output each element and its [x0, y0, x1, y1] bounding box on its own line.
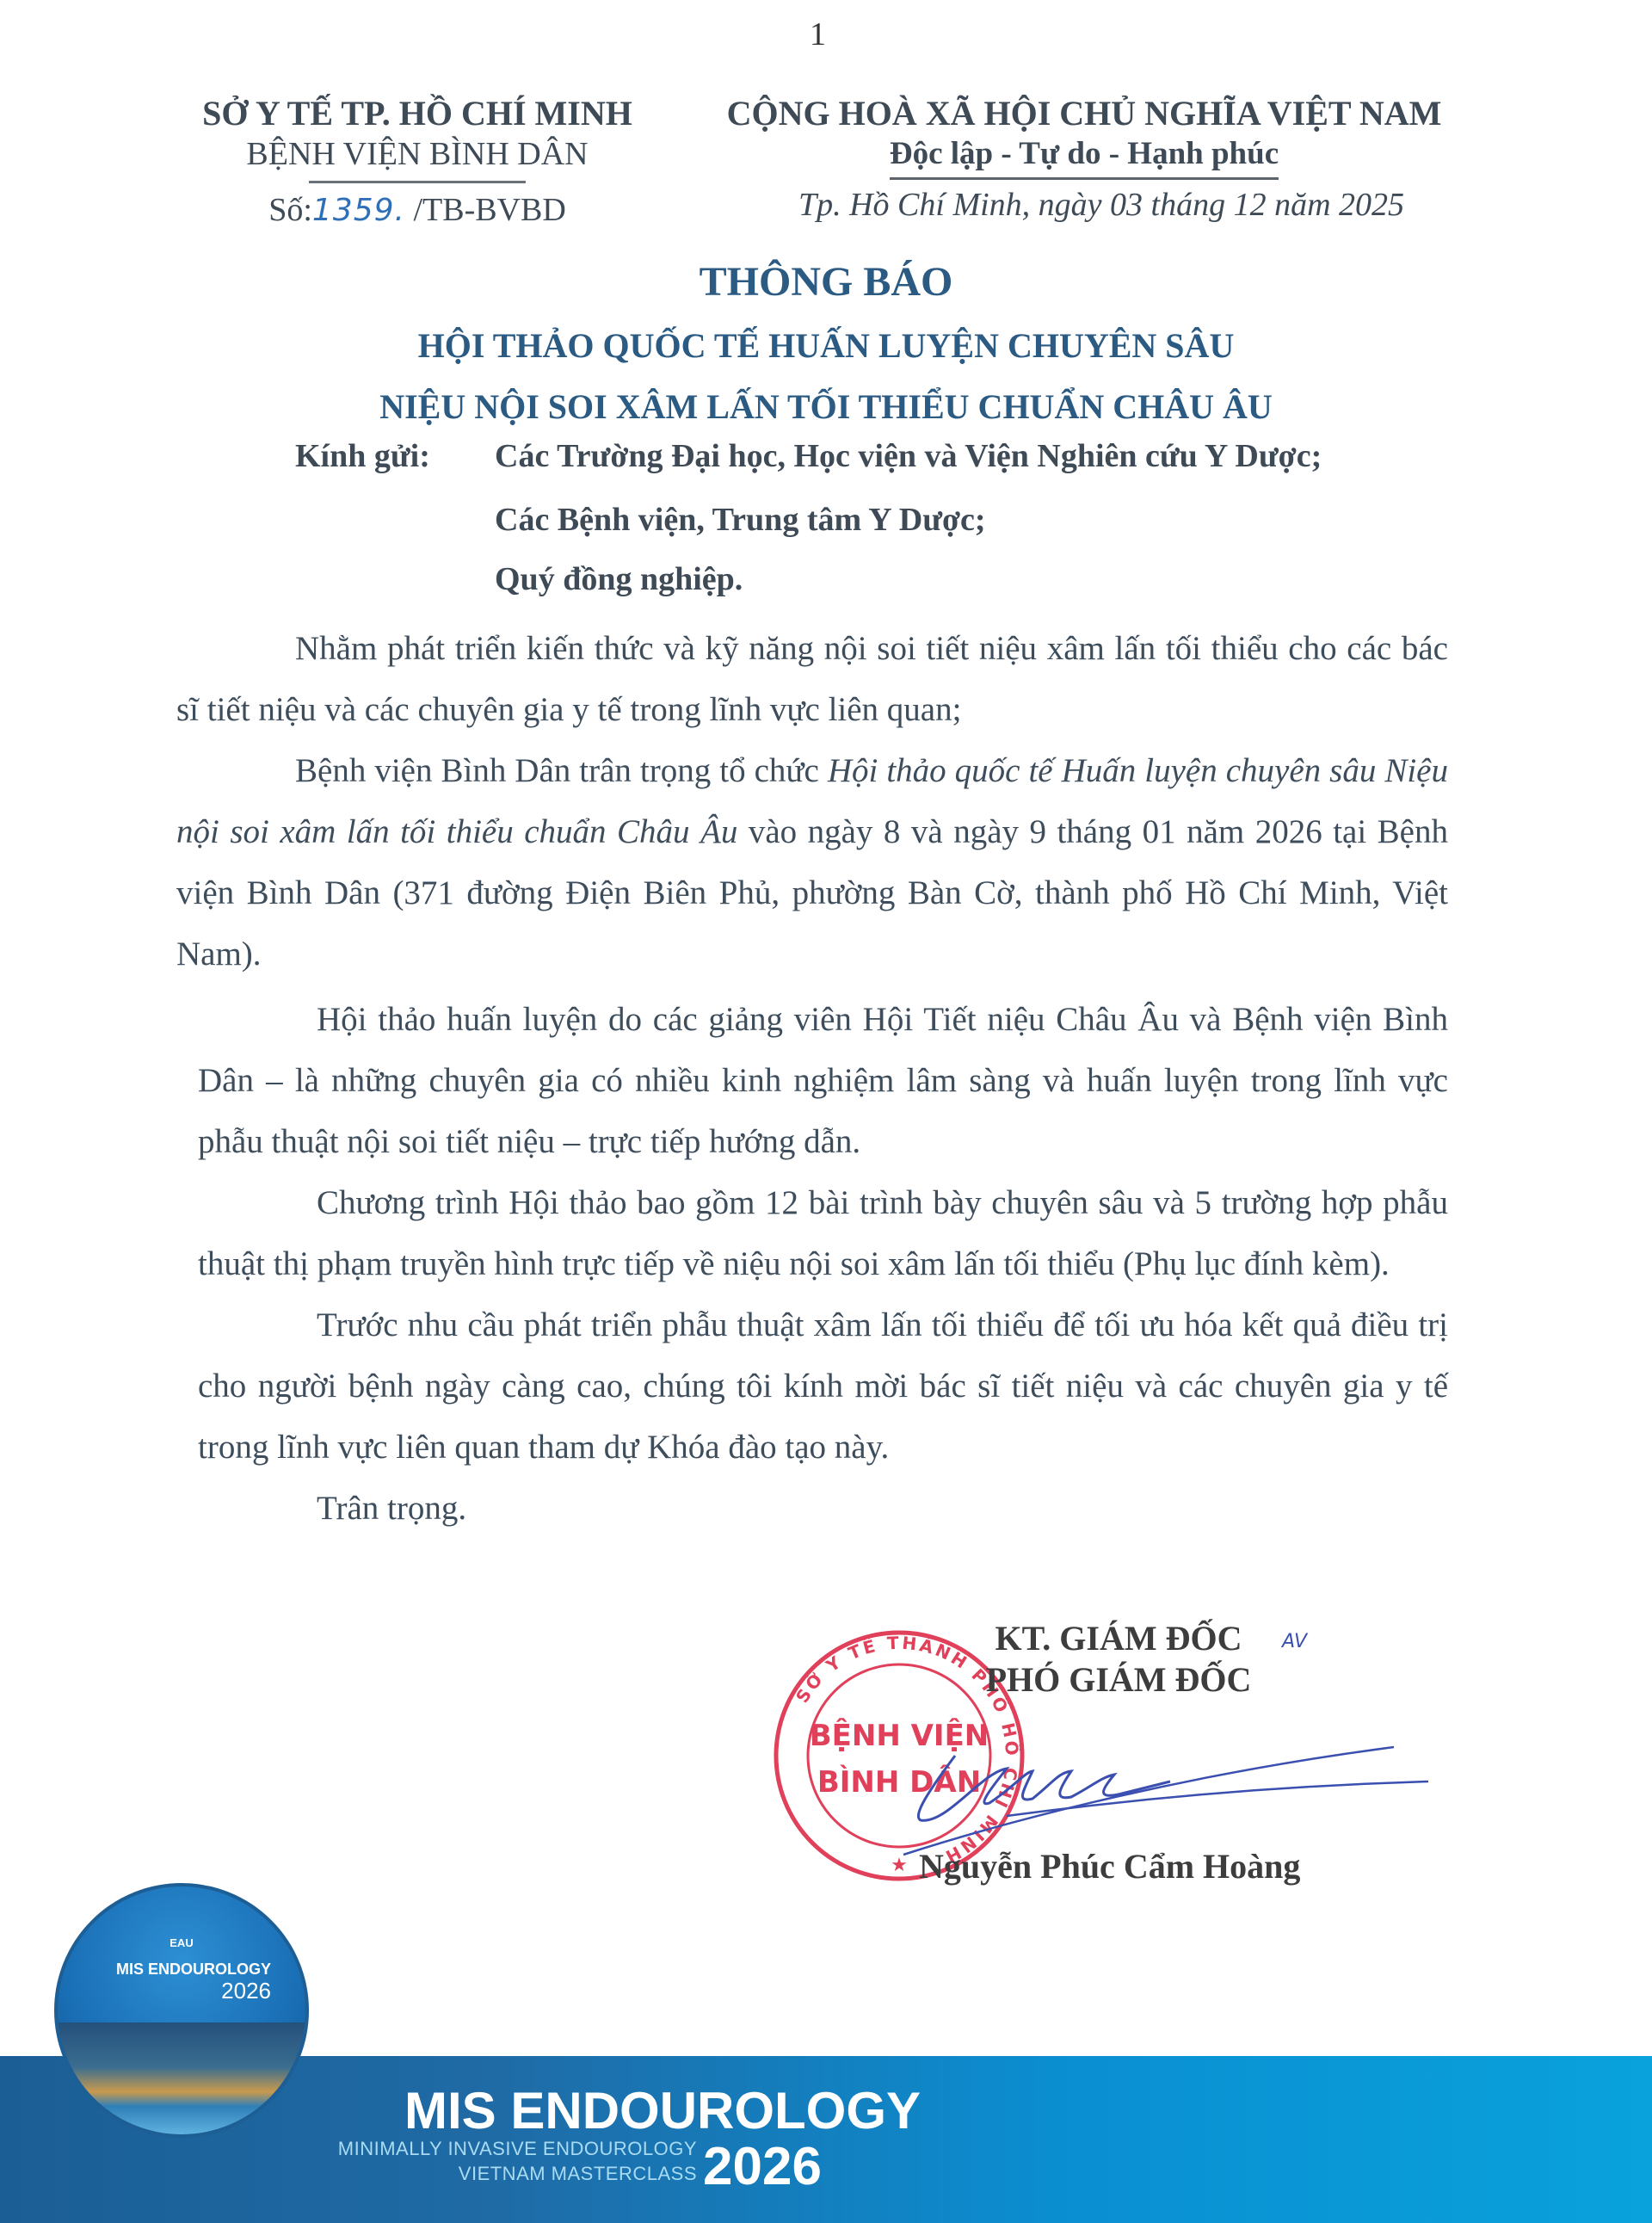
signature-line-1: KT. GIÁM ĐỐC	[929, 1618, 1308, 1659]
page-number: 1	[810, 15, 826, 53]
recipient-item: Các Trường Đại học, Học viện và Viện Ngh…	[495, 437, 1322, 475]
doc-no-handwritten: 1359.	[312, 193, 405, 228]
event-badge: EAU MIS ENDOUROLOGY 2026	[54, 1883, 309, 2138]
paragraph-purpose: Nhằm phát triển kiến thức và kỹ năng nội…	[176, 618, 1448, 740]
banner-subtitle-1: MINIMALLY INVASIVE ENDOUROLOGY	[338, 2138, 697, 2160]
paragraph-invitation: Trước nhu cầu phát triển phẫu thuật xâm …	[176, 1294, 1448, 1478]
document-subtitle-2: NIỆU NỘI SOI XÂM LẤN TỐI THIỂU CHUẨN CHÂ…	[0, 386, 1652, 427]
header-right: CỘNG HOÀ XÃ HỘI CHỦ NGHĨA VIỆT NAM Độc l…	[688, 93, 1480, 226]
place-date: Tp. Hồ Chí Minh, ngày 03 tháng 12 năm 20…	[688, 183, 1480, 226]
event-intro: Bệnh viện Bình Dân trân trọng tổ chức	[295, 752, 828, 789]
badge-title: MIS ENDOUROLOGY	[116, 1961, 271, 1979]
body-paragraphs-2: Hội thảo huấn luyện do các giảng viên Hộ…	[176, 989, 1448, 1539]
paragraph-event: Bệnh viện Bình Dân trân trọng tổ chức Hộ…	[176, 740, 1448, 985]
eau-logo-icon: EAU	[58, 1936, 305, 1949]
signature-line-2: PHÓ GIÁM ĐỐC	[929, 1659, 1308, 1701]
recipient-item: Các Bệnh viện, Trung tâm Y Dược;	[495, 501, 986, 539]
banner-title: MIS ENDOUROLOGY	[404, 2081, 921, 2140]
header-left: SỞ Y TẾ TP. HỒ CHÍ MINH BỆNH VIỆN BÌNH D…	[155, 93, 680, 232]
doc-no-suffix: /TB-BVBD	[413, 192, 565, 228]
initials: AV	[1282, 1631, 1307, 1652]
national-motto: Độc lập - Tự do - Hạnh phúc	[890, 134, 1279, 180]
handwritten-signature-icon	[895, 1721, 1428, 1859]
paragraph-trainers: Hội thảo huấn luyện do các giảng viên Hộ…	[176, 989, 1448, 1172]
city-skyline-image	[58, 2022, 305, 2134]
recipient-item: Quý đồng nghiệp.	[495, 560, 743, 598]
header-divider	[309, 181, 526, 183]
recipients-label: Kính gửi:	[295, 437, 430, 475]
banner-subtitle-2: VIETNAM MASTERCLASS	[459, 2163, 697, 2185]
closing: Trân trọng.	[176, 1478, 1448, 1539]
organization-name: BỆNH VIỆN BÌNH DÂN	[155, 134, 680, 174]
doc-no-label: Số:	[268, 192, 312, 228]
paragraph-program: Chương trình Hội thảo bao gồm 12 bài trì…	[176, 1172, 1448, 1294]
document-title: THÔNG BÁO	[0, 258, 1652, 306]
document-number: Số:1359. /TB-BVBD	[155, 188, 680, 232]
body-paragraphs-1: Nhằm phát triển kiến thức và kỹ năng nội…	[176, 618, 1448, 985]
banner-year: 2026	[703, 2136, 822, 2197]
agency-name: SỞ Y TẾ TP. HỒ CHÍ MINH	[155, 93, 680, 134]
signer-name: Nguyễn Phúc Cẩm Hoàng	[919, 1846, 1300, 1886]
country-name: CỘNG HOÀ XÃ HỘI CHỦ NGHĨA VIỆT NAM	[688, 93, 1480, 134]
signature-title: KT. GIÁM ĐỐC PHÓ GIÁM ĐỐC	[929, 1618, 1308, 1701]
document-subtitle-1: HỘI THẢO QUỐC TẾ HUẤN LUYỆN CHUYÊN SÂU	[0, 325, 1652, 366]
badge-year: 2026	[221, 1978, 271, 2004]
